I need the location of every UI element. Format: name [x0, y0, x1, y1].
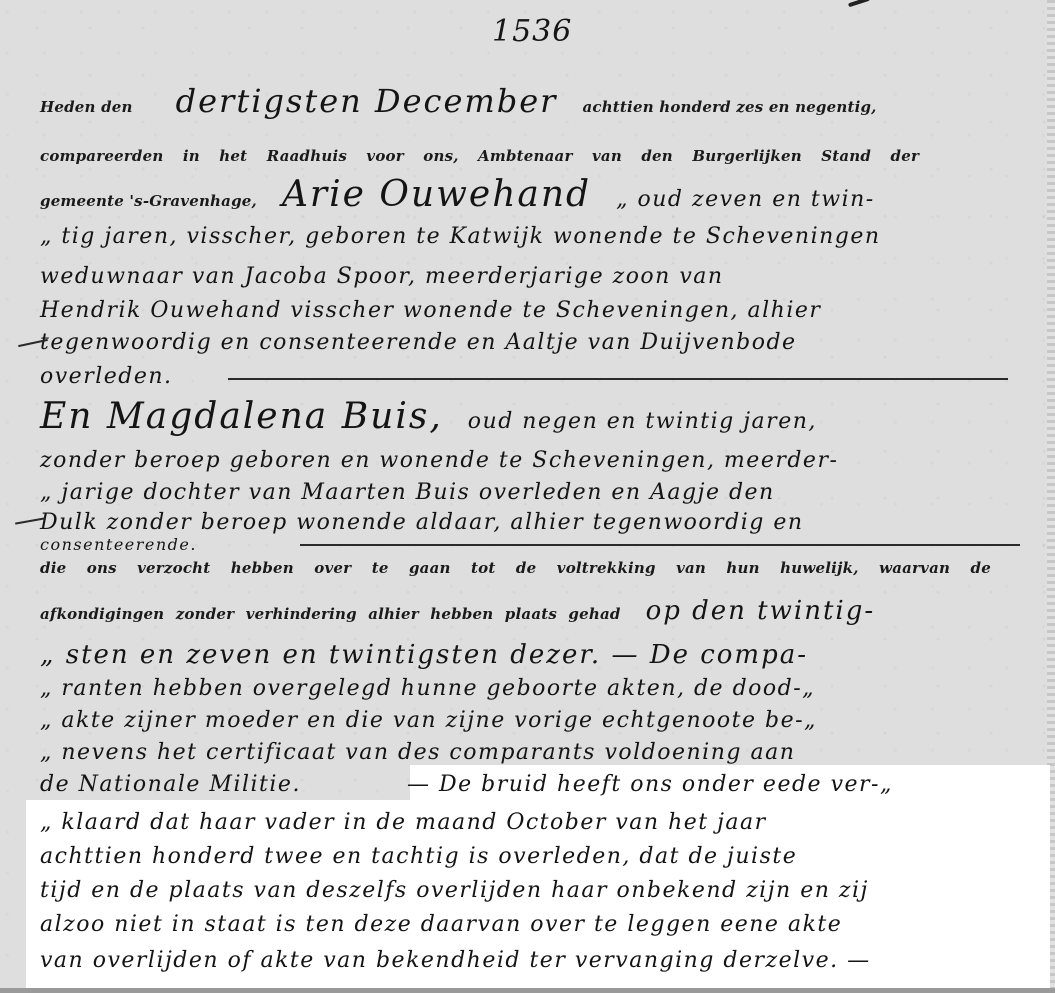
handwritten-text: zonder beroep geboren en wonende te Sche…: [40, 448, 838, 473]
printed-text: gemeente 's-Gravenhage,: [40, 192, 257, 210]
record-line: alzoo niet in staat is ten deze daarvan …: [40, 910, 842, 940]
page-number: 1536: [492, 14, 572, 49]
record-line: tijd en de plaats van deszelfs overlijde…: [40, 876, 869, 906]
handwritten-text: tegenwoordig en consenteerende en Aaltje…: [40, 330, 797, 355]
record-line: „ nevens het certificaat van des compara…: [40, 738, 795, 768]
record-line: „ akte zijner moeder en die van zijne vo…: [40, 706, 817, 736]
fill-line: [300, 544, 1020, 546]
handwritten-text: alzoo niet in staat is ten deze daarvan …: [40, 912, 842, 937]
handwritten-text: „ sten en zeven en twintigsten dezer. — …: [40, 640, 808, 670]
record-line: gemeente 's-Gravenhage, Arie Ouwehand „ …: [40, 180, 875, 216]
record-line: de Nationale Militie. — De bruid heeft o…: [40, 770, 893, 800]
handwritten-text: „ ranten hebben overgelegd hunne geboort…: [40, 676, 815, 701]
record-line: Hendrik Ouwehand visscher wonende te Sch…: [40, 296, 821, 326]
printed-text: Heden den: [40, 98, 133, 116]
handwritten-text: achttien honderd twee en tachtig is over…: [40, 844, 797, 869]
ink-stroke: [848, 0, 870, 7]
handwritten-text: de Nationale Militie.: [40, 770, 400, 800]
record-line: „ sten en zeven en twintigsten dezer. — …: [40, 640, 808, 672]
groom-name: Arie Ouwehand: [282, 174, 591, 215]
record-line: die ons verzocht hebben over te gaan tot…: [40, 552, 991, 583]
record-line: „ klaard dat haar vader in de maand Octo…: [40, 808, 767, 838]
printed-text: afkondigingen zonder verhindering alhier…: [40, 605, 621, 623]
record-line: „ ranten hebben overgelegd hunne geboort…: [40, 674, 815, 704]
record-line: Heden den dertigsten December achttien h…: [40, 86, 877, 122]
handwritten-text: „ oud zeven en twin-: [616, 187, 875, 212]
fill-line: [228, 378, 1008, 380]
handwritten-text: van overlijden of akte van bekendheid te…: [40, 948, 871, 973]
record-line: van overlijden of akte van bekendheid te…: [40, 946, 871, 976]
record-line: En Magdalena Buis, oud negen en twintig …: [40, 402, 817, 437]
printed-text: die ons verzocht hebben over te gaan tot…: [40, 559, 991, 577]
handwritten-date: dertigsten December: [176, 82, 558, 120]
handwritten-text: „ tig jaren, visscher, geboren te Katwij…: [40, 224, 881, 249]
handwritten-text: „ klaard dat haar vader in de maand Octo…: [40, 810, 767, 835]
handwritten-text: weduwnaar van Jacoba Spoor, meerderjarig…: [40, 264, 724, 289]
handwritten-text: oud negen en twintig jaren,: [468, 409, 817, 434]
printed-text: achttien honderd zes en negentig,: [582, 98, 876, 116]
handwritten-text: overleden.: [40, 364, 173, 389]
handwritten-text: tijd en de plaats van deszelfs overlijde…: [40, 878, 869, 903]
handwritten-text: „ nevens het certificaat van des compara…: [40, 740, 795, 765]
handwritten-text: „ jarige dochter van Maarten Buis overle…: [40, 480, 775, 505]
record-line: compareerden in het Raadhuis voor ons, A…: [40, 140, 919, 171]
record-line: achttien honderd twee en tachtig is over…: [40, 842, 797, 872]
printed-text: compareerden in het Raadhuis voor ons, A…: [40, 147, 919, 165]
handwritten-text: Hendrik Ouwehand visscher wonende te Sch…: [40, 298, 821, 323]
record-line: weduwnaar van Jacoba Spoor, meerderjarig…: [40, 262, 724, 292]
record-line: afkondigingen zonder verhindering alhier…: [40, 596, 875, 629]
scanned-document-page: 1536 Heden den dertigsten December achtt…: [0, 0, 1055, 993]
record-line: zonder beroep geboren en wonende te Sche…: [40, 446, 838, 476]
record-line: overleden.: [40, 362, 173, 392]
bride-name: En Magdalena Buis,: [40, 396, 443, 437]
record-line: „ jarige dochter van Maarten Buis overle…: [40, 478, 775, 508]
handwritten-text: „ akte zijner moeder en die van zijne vo…: [40, 708, 817, 733]
handwritten-text: op den twintig-: [646, 596, 876, 626]
record-line: „ tig jaren, visscher, geboren te Katwij…: [40, 222, 881, 252]
scan-edge: [0, 988, 1055, 993]
handwritten-text: — De bruid heeft ons onder eede ver-„: [407, 772, 893, 797]
record-line: tegenwoordig en consenteerende en Aaltje…: [40, 328, 797, 358]
